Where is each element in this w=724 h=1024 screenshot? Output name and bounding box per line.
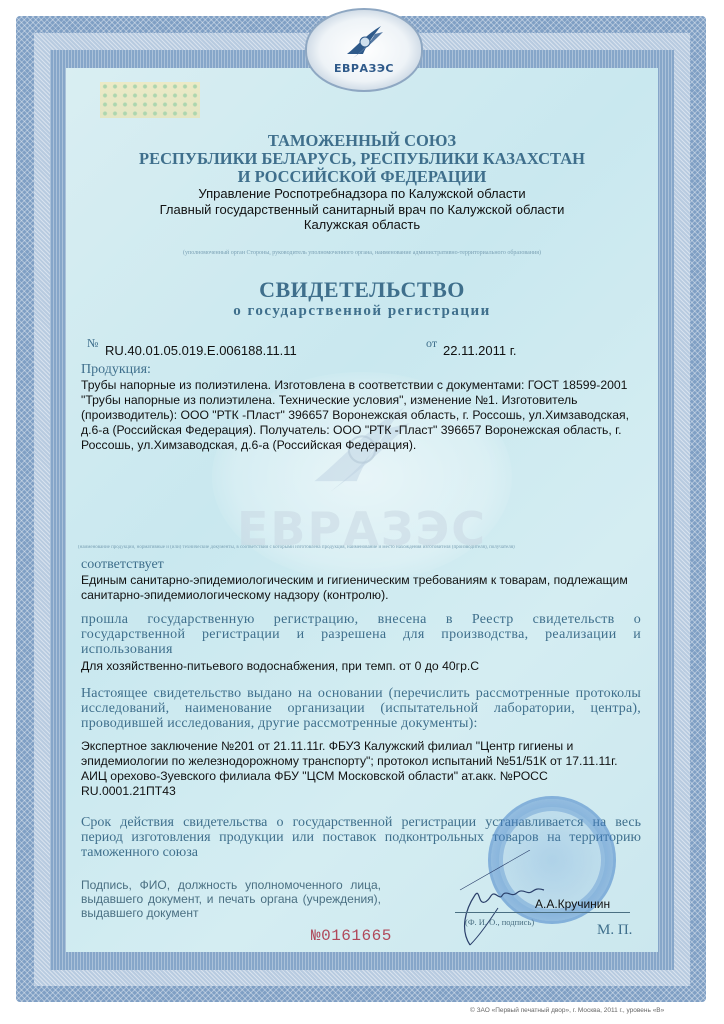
date-label: от — [426, 336, 437, 351]
conformity-label: соответствует — [81, 557, 164, 573]
document-title: СВИДЕТЕЛЬСТВО — [100, 277, 624, 303]
union-line-3: И РОССИЙСКОЙ ФЕДЕРАЦИИ — [100, 168, 624, 186]
authority-line-3: Калужская область — [100, 217, 624, 233]
registration-date: 22.11.2011 г. — [443, 343, 517, 358]
printer-imprint: © ЗАО «Первый печатный двор», г. Москва,… — [470, 1007, 664, 1014]
product-label: Продукция: — [81, 362, 151, 378]
product-description: Трубы напорные из полиэтилена. Изготовле… — [81, 378, 641, 453]
hologram-strip — [100, 82, 200, 118]
form-serial-number: №0161665 — [311, 927, 392, 945]
emblem-label: ЕВРАЗЭС — [307, 62, 421, 75]
eurasec-emblem: ЕВРАЗЭС — [305, 8, 423, 92]
union-line-2: РЕСПУБЛИКИ БЕЛАРУСЬ, РЕСПУБЛИКИ КАЗАХСТА… — [100, 150, 624, 168]
eurasec-emblem-icon — [345, 24, 385, 60]
conformity-text: Единым санитарно-эпидемиологическим и ги… — [81, 573, 641, 603]
authority-line-2: Главный государственный санитарный врач … — [100, 202, 624, 218]
usage-scope: Для хозяйственно-питьевого водоснабжения… — [81, 659, 641, 674]
seal-place-label: М. П. — [597, 922, 632, 939]
basis-label: Настоящее свидетельство выдано на основа… — [81, 686, 641, 731]
signatory-name: А.А.Кручинин — [535, 897, 610, 911]
registration-statement: прошла государственную регистрацию, внес… — [81, 612, 641, 657]
fio-caption: (Ф. И. О., подпись) — [465, 917, 534, 927]
registration-number: RU.40.01.05.019.Е.006188.11.11 — [105, 343, 297, 358]
signature-line — [455, 912, 630, 913]
customs-union-heading: ТАМОЖЕННЫЙ СОЮЗ РЕСПУБЛИКИ БЕЛАРУСЬ, РЕС… — [100, 132, 624, 186]
product-caption: (наименование продукции, нормативные и (… — [78, 545, 650, 550]
authority-caption: (уполномоченный орган Стороны, руководит… — [120, 250, 604, 256]
union-line-1: ТАМОЖЕННЫЙ СОЮЗ — [100, 132, 624, 150]
document-subtitle: о государственной регистрации — [100, 303, 624, 320]
issuing-authority: Управление Роспотребнадзора по Калужской… — [100, 186, 624, 233]
basis-documents: Экспертное заключение №201 от 21.11.11г.… — [81, 739, 641, 799]
signature-caption: Подпись, ФИО, должность уполномоченного … — [81, 878, 381, 920]
authority-line-1: Управление Роспотребнадзора по Калужской… — [100, 186, 624, 202]
number-label: № — [87, 336, 98, 351]
